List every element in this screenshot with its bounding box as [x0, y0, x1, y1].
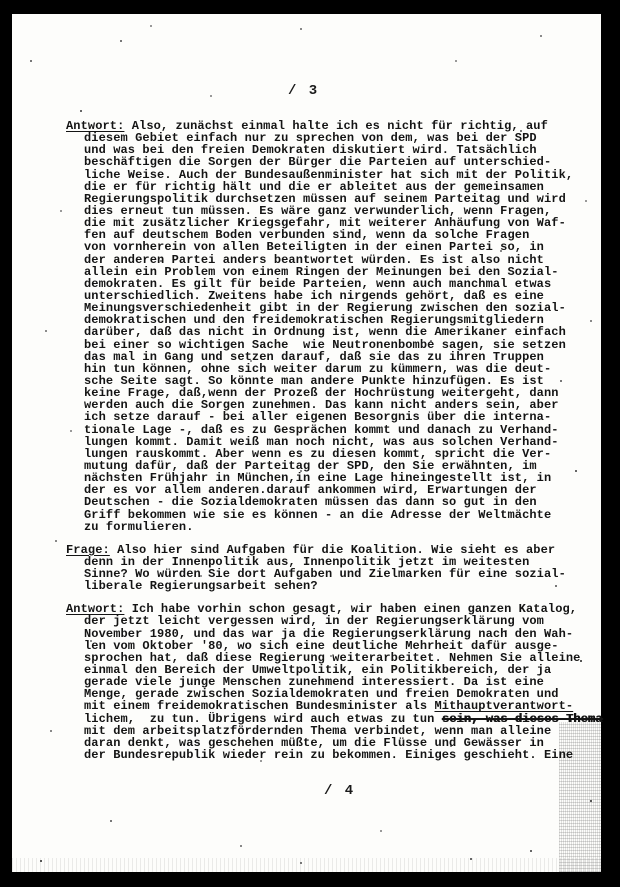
text-line: ich setze darauf - bei aller eigenen Bes… [66, 411, 590, 423]
text-line: Griff bekommen wie sie es können - an di… [66, 509, 590, 521]
scan-border-bottom [0, 872, 620, 887]
text-line: Deutschen - die Sozialdemokraten müssen … [66, 496, 590, 508]
scan-border-left [0, 0, 12, 887]
paragraph: Antwort: Ich habe vorhin schon gesagt, w… [66, 603, 590, 761]
text-line: allein ein Problem von einem Ringen der … [66, 266, 590, 278]
text-line: das mal in Gang und setzen darauf, daß s… [66, 351, 590, 363]
text-line: der jetzt leicht vergessen wird, in der … [66, 615, 590, 627]
text-line: liberale Regierungsarbeit sehen? [66, 580, 590, 592]
text-line: tionale Lage -, daß es zu Gesprächen kom… [66, 424, 590, 436]
text-line: beschäftigen die Sorgen der Bürger die P… [66, 156, 590, 168]
text-line: lichem, zu tun. Übrigens wird auch etwas… [66, 713, 590, 725]
page-number-bottom: / 4 [324, 783, 355, 799]
text-line: zu formulieren. [66, 521, 590, 533]
scan-noise-bottom [12, 858, 601, 872]
text-line: von vornherein von allen Beteiligten in … [66, 241, 590, 253]
paragraph: Antwort: Also, zunächst einmal halte ich… [66, 120, 590, 533]
document-text: Antwort: Also, zunächst einmal halte ich… [66, 120, 590, 772]
scanned-document-page: / 3 Antwort: Also, zunächst einmal halte… [0, 0, 620, 887]
text-line: November 1980, und das war ja die Regier… [66, 628, 590, 640]
text-line: liche Weise. Auch der Bundesaußenministe… [66, 169, 590, 181]
text-line: der anderen Partei anders beantwortet wü… [66, 254, 590, 266]
scan-border-top [0, 0, 620, 14]
scan-border-right [601, 13, 620, 887]
text-line: lungen kommt. Damit weiß man noch nicht,… [66, 436, 590, 448]
text-line: der Bundesrepublik wieder rein zu bekomm… [66, 749, 590, 761]
paragraph: Frage: Also hier sind Aufgaben für die K… [66, 544, 590, 593]
text-line: bei einer so wichtigen Sache wie Neutron… [66, 339, 590, 351]
text-line: darüber, daß das nicht in Ordnung ist, w… [66, 326, 590, 338]
page-number-top: / 3 [288, 83, 319, 99]
